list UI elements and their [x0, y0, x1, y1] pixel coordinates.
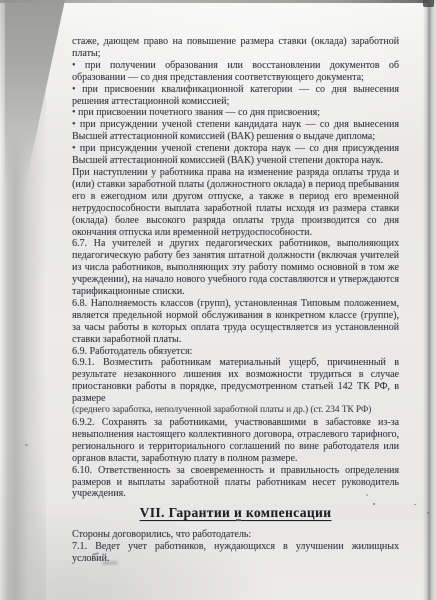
paragraph: (среднего заработка, неполученной зарабо… — [72, 405, 399, 417]
paragraph: 6.10. Ответственность за своевременность… — [72, 465, 399, 501]
paragraph: 7.1. Ведет учет работников, нуждающихся … — [72, 541, 399, 565]
bullet-paragraph: • при присвоении квалификационной катего… — [72, 84, 399, 108]
paragraph: 6.9. Работодатель обязуется: — [72, 346, 399, 358]
scanned-page: стаже, дающем право на повышение размера… — [0, 0, 436, 600]
paragraph: 6.9.2. Сохранять за работниками, участво… — [72, 417, 399, 465]
scan-edge-top — [0, 0, 436, 3]
bullet-paragraph: • при присуждении ученой степени доктора… — [72, 143, 399, 167]
scan-speck — [414, 504, 416, 505]
scan-speck — [366, 494, 368, 496]
paragraph: 6.9.1. Возместить работникам материальны… — [72, 357, 399, 405]
scan-speck — [25, 444, 28, 446]
scan-dash-artifact — [236, 519, 241, 521]
scan-corner-mark — [423, 0, 434, 7]
paragraph: Стороны договорились, что работодатель: — [72, 529, 399, 541]
paragraph: 6.8. Наполняемость классов (групп), уста… — [72, 298, 399, 346]
document-text: стаже, дающем право на повышение размера… — [72, 36, 399, 565]
scan-fold-right — [423, 0, 436, 600]
scan-speck — [427, 512, 429, 514]
paragraph: 6.7. На учителей и других педагогических… — [72, 238, 399, 298]
bullet-paragraph: • при получении образования или восстано… — [72, 60, 399, 84]
bullet-paragraph: • при присуждении ученой степени кандида… — [72, 119, 399, 143]
scan-speck — [373, 503, 375, 505]
paragraph: При наступлении у работника права на изм… — [72, 167, 399, 238]
scan-smudge — [102, 561, 118, 565]
bullet-paragraph: • при присвоении почетного звания — со д… — [72, 107, 399, 119]
paragraph: стаже, дающем право на повышение размера… — [72, 36, 399, 60]
